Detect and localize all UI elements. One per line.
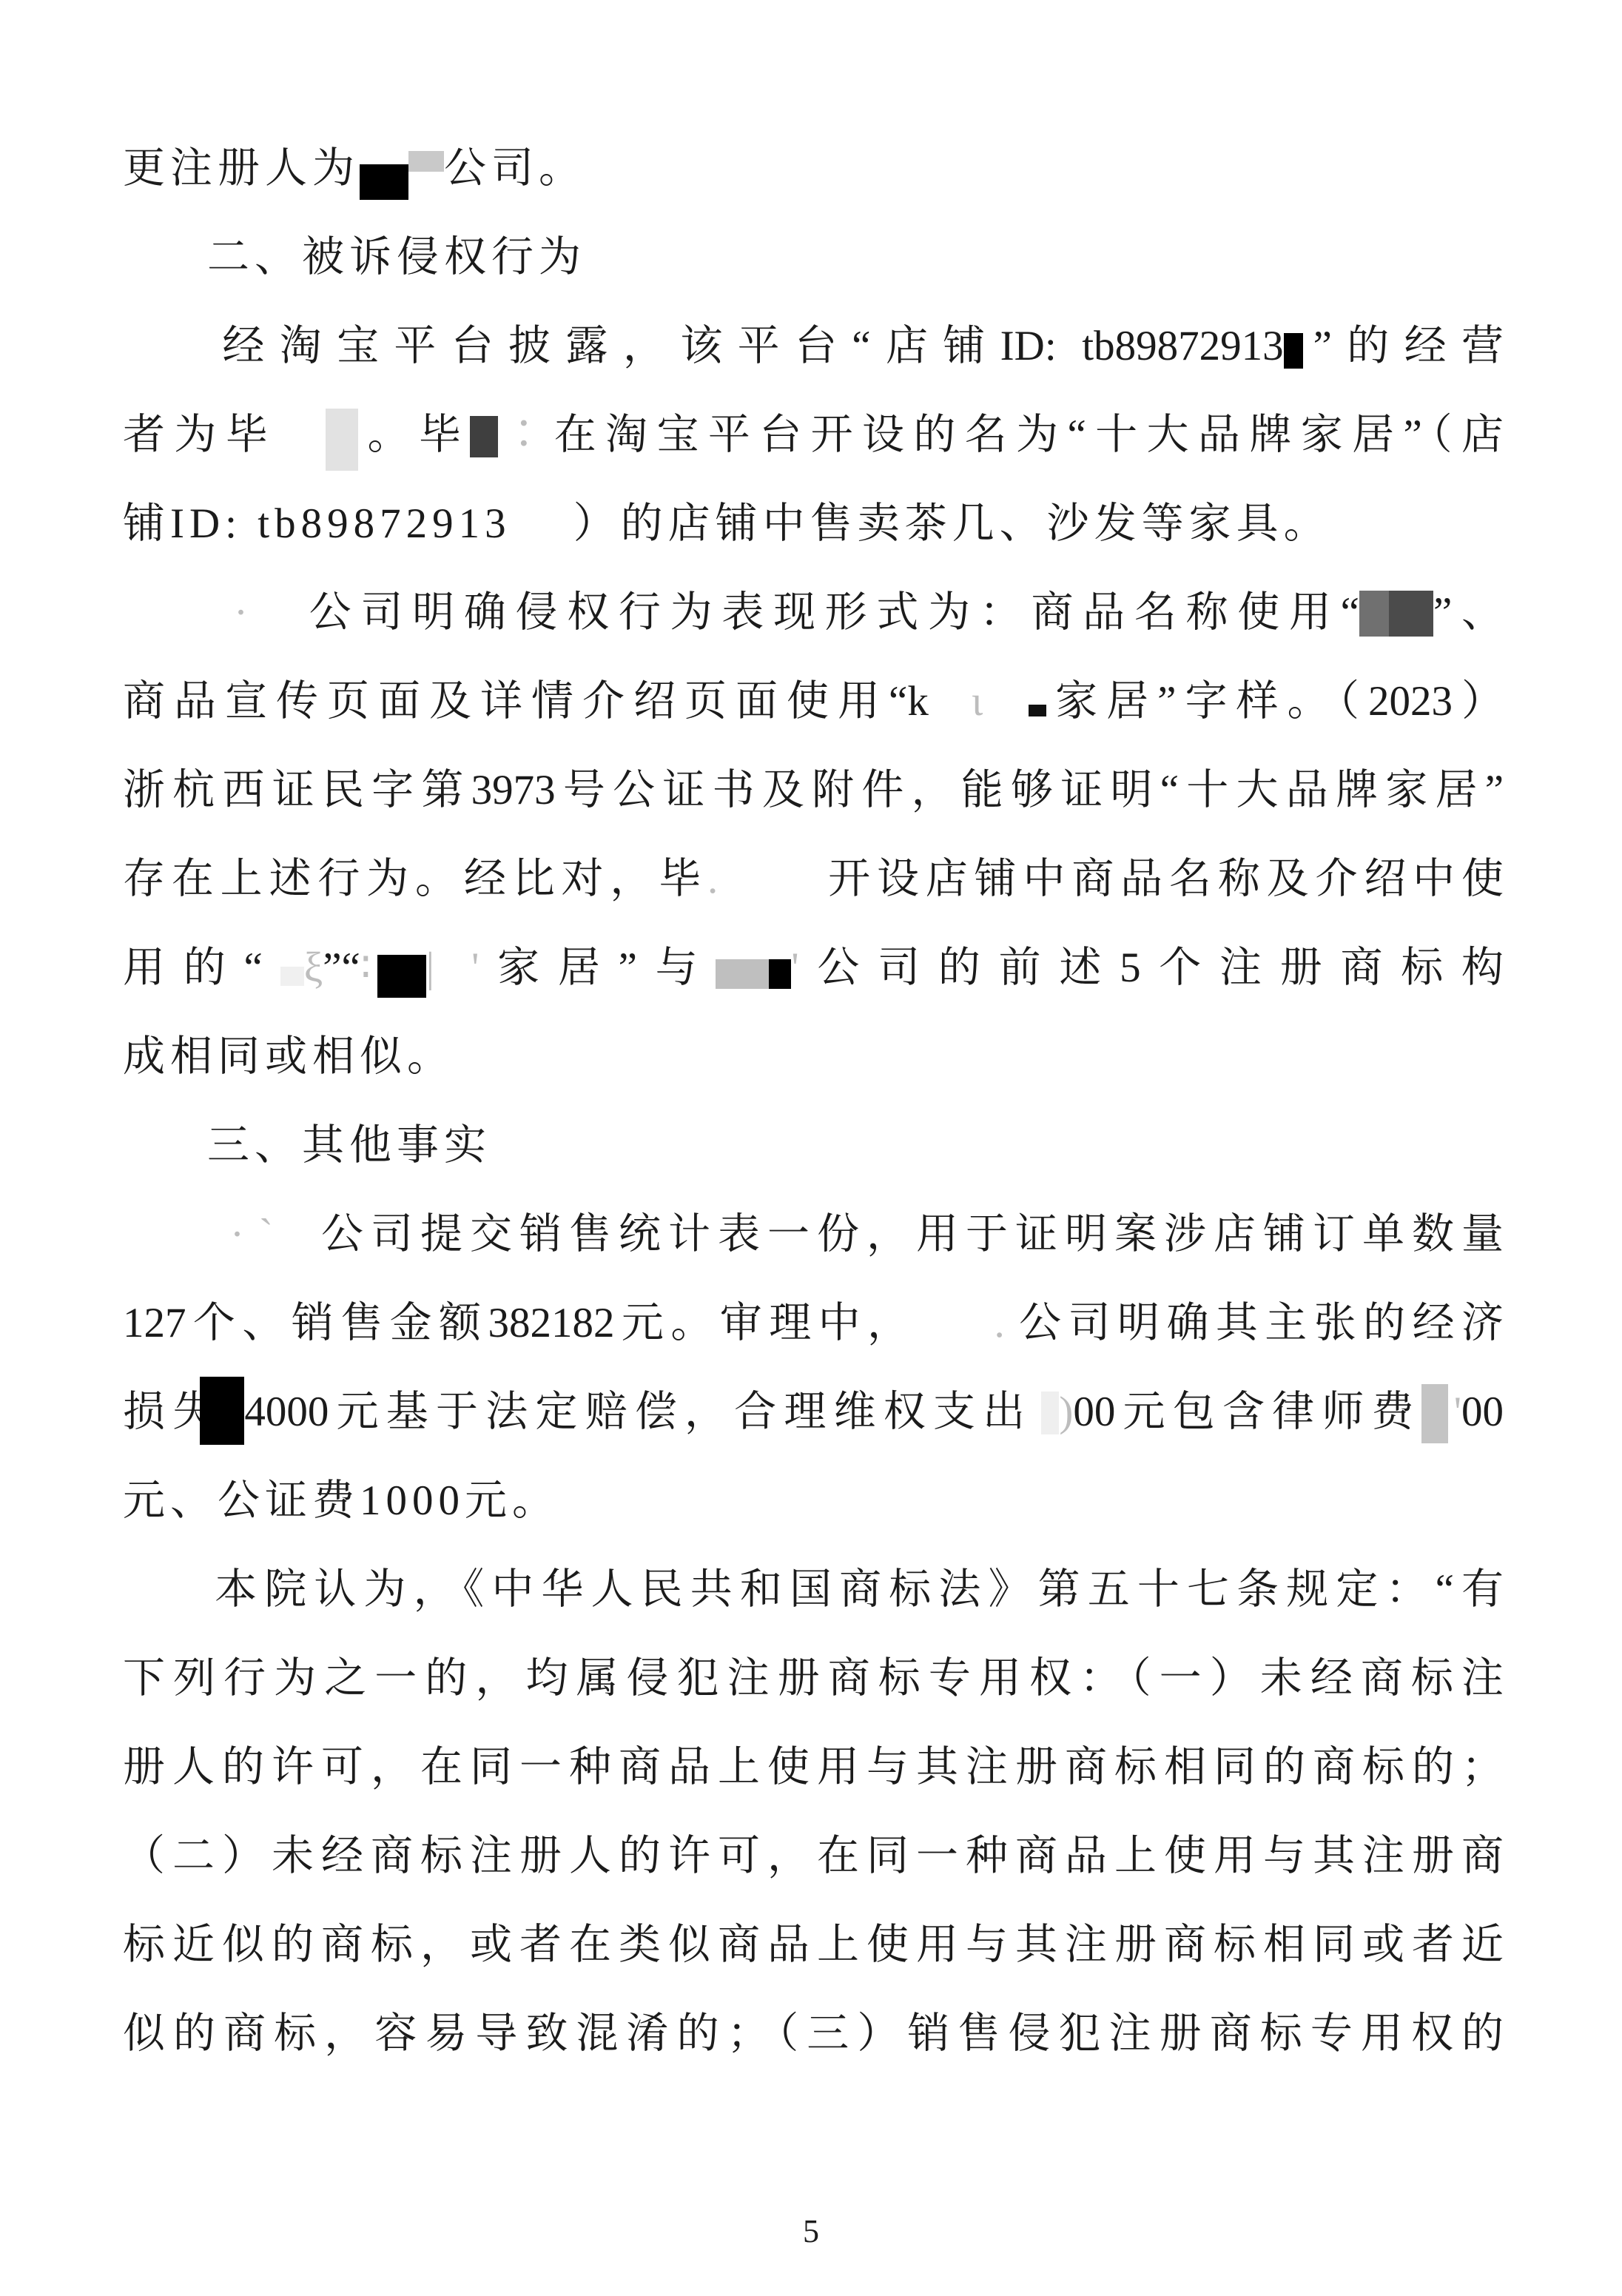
redaction-gap bbox=[1005, 1335, 1012, 1337]
text-run: 公司。 bbox=[444, 145, 586, 192]
faint-remnant: ' bbox=[1454, 1389, 1461, 1435]
document-page: 更注册人为公司。二、被诉侵权行为经淘宝平台披露，该平台“店铺ID: tb8987… bbox=[0, 0, 1622, 2296]
redaction-gap bbox=[273, 1246, 314, 1248]
redaction-gap bbox=[1303, 358, 1313, 360]
faint-remnant: ∶ bbox=[360, 944, 371, 991]
text-run: 家居”与 bbox=[479, 944, 716, 991]
text-run: 公司明确侵权行为表现形式为：商品名称使用“ bbox=[300, 589, 1359, 636]
text-line: 三、其他事实 bbox=[123, 1101, 1504, 1190]
redaction-gap bbox=[123, 269, 207, 271]
text-run: 本院认为，《中华人民共和国商标法》第五十七条规定：“有 bbox=[207, 1566, 1504, 1613]
text-line: 成相同或相似。 bbox=[123, 1013, 1504, 1101]
redaction-box bbox=[1359, 591, 1433, 637]
text-line: ·`公司提交销售统计表一份，用于证明案涉店铺订单数量 bbox=[123, 1190, 1504, 1279]
redaction-gap bbox=[263, 980, 280, 981]
redaction-gap bbox=[123, 625, 234, 626]
text-run: 经淘宝平台披露，该平台“店铺ID: tb89872913 bbox=[207, 323, 1284, 369]
faint-remnant: | bbox=[426, 944, 434, 991]
text-run: 者为毕 bbox=[123, 412, 277, 458]
redaction-gap bbox=[929, 714, 972, 715]
text-run: 成相同或相似。 bbox=[123, 1033, 454, 1080]
text-line: 者为毕。毕∶在淘宝平台开设的名为“十大品牌家居”（店 bbox=[123, 391, 1504, 480]
redaction-gap bbox=[1448, 1424, 1454, 1426]
text-line: 标近似的商标，或者在类似商品上使用与其注册商标相同或者近 bbox=[123, 1901, 1504, 1990]
text-run: 开设店铺中商品名称及介绍中使 bbox=[821, 856, 1504, 902]
redaction-box bbox=[769, 959, 791, 989]
faint-remnant: · bbox=[230, 1211, 244, 1258]
text-line: 元、公证费1000元。 bbox=[123, 1457, 1504, 1545]
text-run: 元、公证费1000元。 bbox=[123, 1477, 559, 1524]
faint-remnant: . bbox=[994, 1300, 1004, 1346]
text-run: （二）未经商标注册人的许可，在同一种商品上使用与其注册商 bbox=[123, 1833, 1504, 1879]
redaction-gap bbox=[123, 1158, 207, 1159]
faint-remnant: ∶ bbox=[502, 412, 545, 458]
faint-remnant: ξ bbox=[304, 944, 323, 991]
redaction-box bbox=[360, 164, 408, 200]
document-text: 更注册人为公司。二、被诉侵权行为经淘宝平台披露，该平台“店铺ID: tb8987… bbox=[123, 124, 1504, 2078]
redaction-gap bbox=[277, 447, 326, 449]
text-run: 商品宣传页面及详情介绍页面使用“k bbox=[123, 678, 929, 725]
text-line: 铺ID: tb89872913）的店铺中售卖茶几、沙发等家具。 bbox=[123, 480, 1504, 568]
redaction-gap bbox=[123, 358, 207, 360]
text-line: （二）未经商标注册人的许可，在同一种商品上使用与其注册商 bbox=[123, 1812, 1504, 1901]
text-run: 4000元基于法定赔偿，合理维权支出 bbox=[244, 1389, 1032, 1435]
text-run: 存在上述行为。经比对，毕 bbox=[123, 856, 707, 902]
text-line: 浙杭西证民字第3973号公证书及附件，能够证明“十大品牌家居” bbox=[123, 746, 1504, 835]
text-run: 在淘宝平台开设的名为“十大品牌家居”（店 bbox=[545, 412, 1504, 458]
text-run: 浙杭西证民字第3973号公证书及附件，能够证明“十大品牌家居” bbox=[123, 767, 1504, 813]
text-run: ”“ bbox=[323, 944, 360, 991]
text-run: 00元包含律师费 bbox=[1073, 1389, 1421, 1435]
redaction-gap bbox=[916, 1335, 994, 1337]
text-run: 公司提交销售统计表一份，用于证明案涉店铺订单数量 bbox=[314, 1211, 1504, 1258]
redaction-gap bbox=[244, 1246, 259, 1248]
text-line: 存在上述行为。经比对，毕.开设店铺中商品名称及介绍中使 bbox=[123, 835, 1504, 924]
text-line: 更注册人为公司。 bbox=[123, 124, 1504, 213]
redaction-gap bbox=[371, 980, 377, 981]
redaction-box bbox=[200, 1377, 244, 1445]
text-run: 用的“ bbox=[123, 944, 263, 991]
redaction-box bbox=[377, 955, 426, 998]
redaction-box bbox=[1029, 705, 1046, 716]
redaction-gap bbox=[248, 625, 300, 626]
redaction-box bbox=[408, 151, 444, 172]
text-line: 下列行为之一的，均属侵犯注册商标专用权：（一）未经商标注 bbox=[123, 1634, 1504, 1723]
text-line: 二、被诉侵权行为 bbox=[123, 213, 1504, 302]
text-run: 公司的前述5个注册商标构 bbox=[799, 944, 1504, 991]
faint-remnant: ) bbox=[1059, 1389, 1073, 1435]
text-run: 公司明确其主张的经济 bbox=[1012, 1300, 1504, 1346]
text-run: 127个、销售金额382182元。审理中， bbox=[123, 1300, 916, 1346]
redaction-box bbox=[326, 409, 358, 471]
redaction-box bbox=[470, 416, 498, 457]
faint-remnant: . bbox=[707, 856, 718, 902]
text-line: ·公司明确侵权行为表现形式为：商品名称使用“”、 bbox=[123, 568, 1504, 657]
text-run: 。毕 bbox=[358, 412, 470, 458]
text-line: 用的“ξ”“∶|'家居”与'公司的前述5个注册商标构 bbox=[123, 924, 1504, 1013]
text-line: 经淘宝平台披露，该平台“店铺ID: tb89872913”的经营 bbox=[123, 302, 1504, 391]
text-run: 似的商标，容易导致混淆的；（三）销售侵犯注册商标专用权的 bbox=[123, 2010, 1504, 2057]
text-run: 二、被诉侵权行为 bbox=[207, 234, 586, 281]
text-run: 三、其他事实 bbox=[207, 1122, 491, 1169]
redaction-box bbox=[1041, 1392, 1059, 1434]
text-run: ”的经营 bbox=[1313, 323, 1504, 369]
text-run: 册人的许可，在同一种商品上使用与其注册商标相同的商标的； bbox=[123, 1744, 1504, 1790]
redaction-gap bbox=[123, 1602, 207, 1603]
page-number: 5 bbox=[0, 2209, 1622, 2254]
redaction-box bbox=[716, 959, 769, 989]
redaction-gap bbox=[718, 891, 821, 893]
text-line: 损失4000元基于法定赔偿，合理维权支出)00元包含律师费'00 bbox=[123, 1368, 1504, 1457]
text-line: 127个、销售金额382182元。审理中，.公司明确其主张的经济 bbox=[123, 1279, 1504, 1368]
text-line: 本院认为，《中华人民共和国商标法》第五十七条规定：“有 bbox=[123, 1545, 1504, 1634]
text-run: 下列行为之一的，均属侵犯注册商标专用权：（一）未经商标注 bbox=[123, 1655, 1504, 1702]
faint-remnant: ' bbox=[791, 944, 798, 991]
redaction-gap bbox=[434, 980, 471, 981]
text-run: 标近似的商标，或者在类似商品上使用与其注册商标相同或者近 bbox=[123, 1921, 1504, 1968]
redaction-gap bbox=[511, 536, 573, 537]
redaction-gap bbox=[1032, 1424, 1041, 1426]
redaction-box bbox=[1284, 333, 1303, 369]
text-run: 家居”字样。（2023） bbox=[1046, 678, 1504, 725]
text-run: ）的店铺中售卖茶几、沙发等家具。 bbox=[573, 500, 1331, 547]
redaction-gap bbox=[123, 1246, 230, 1248]
redaction-box bbox=[1421, 1384, 1448, 1443]
text-line: 册人的许可，在同一种商品上使用与其注册商标相同的商标的； bbox=[123, 1723, 1504, 1812]
faint-remnant: ` bbox=[259, 1211, 273, 1258]
faint-remnant: ' bbox=[471, 944, 479, 991]
text-line: 商品宣传页面及详情介绍页面使用“kι家居”字样。（2023） bbox=[123, 657, 1504, 746]
redaction-gap bbox=[983, 714, 1029, 715]
text-run: 更注册人为 bbox=[123, 145, 360, 192]
text-run: 00 bbox=[1461, 1389, 1504, 1435]
text-line: 似的商标，容易导致混淆的；（三）销售侵犯注册商标专用权的 bbox=[123, 1990, 1504, 2078]
redaction-box bbox=[280, 967, 304, 986]
text-run: 铺ID: tb89872913 bbox=[123, 500, 511, 547]
faint-remnant: ι bbox=[972, 678, 983, 725]
text-run: ”、 bbox=[1433, 589, 1504, 636]
faint-remnant: · bbox=[234, 589, 248, 636]
